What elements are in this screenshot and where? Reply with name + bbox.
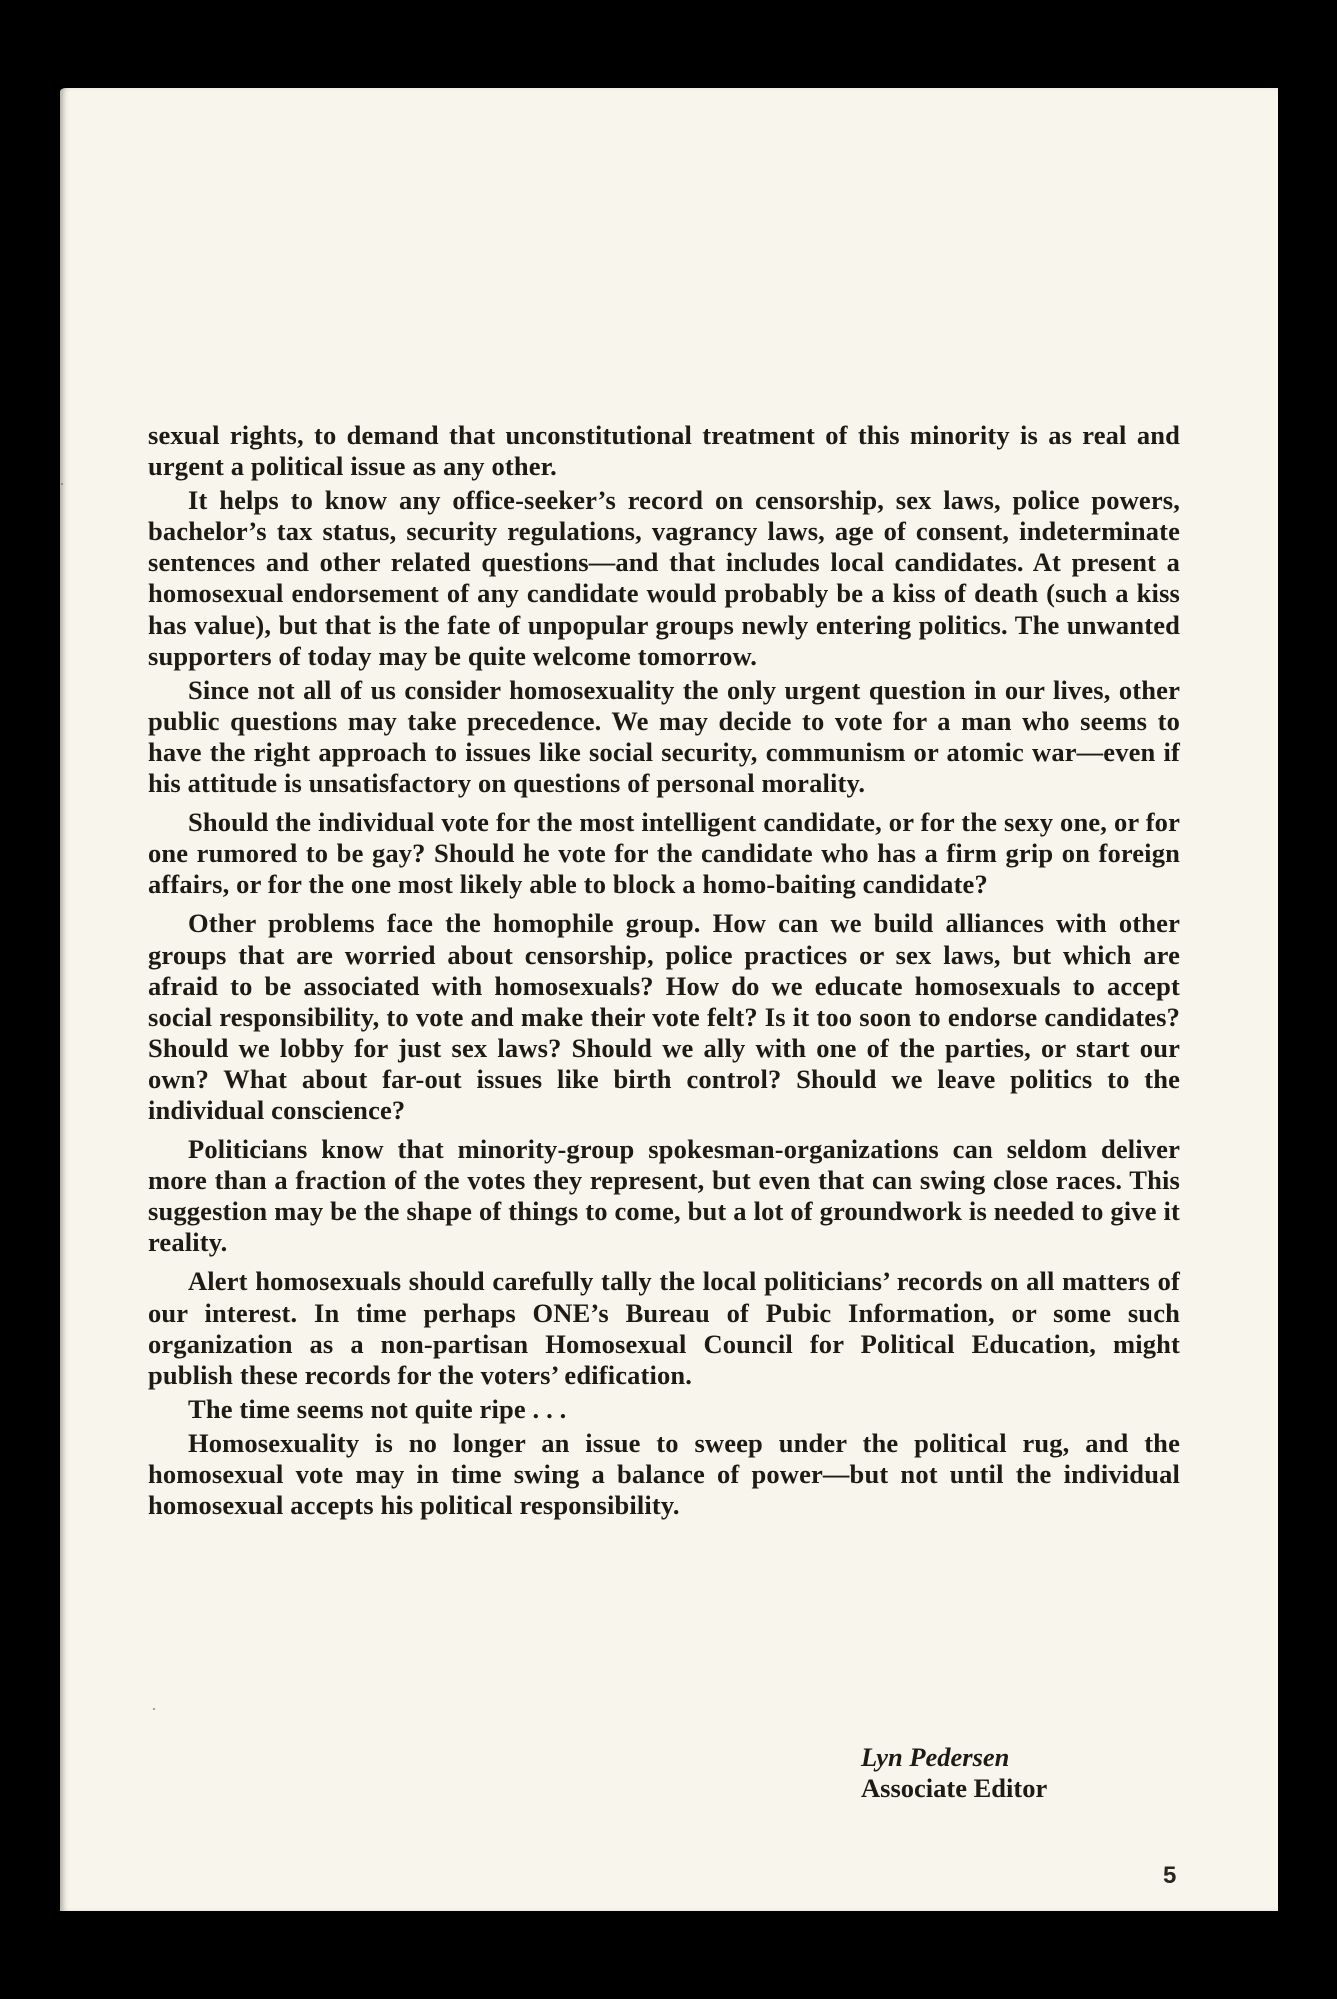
paper-speck: [61, 483, 63, 485]
paragraph-which-candidate: Should the individual vote for the most …: [148, 807, 1180, 900]
paragraph-alert-homosexuals: Alert homosexuals should carefully tally…: [148, 1266, 1180, 1390]
page-number: 5: [1163, 1862, 1176, 1890]
author-title: Associate Editor: [861, 1773, 1047, 1804]
paper-speck: [153, 1708, 155, 1710]
paragraph-time-not-ripe: The time seems not quite ripe . . .: [148, 1394, 1180, 1425]
paragraph-continuation: sexual rights, to demand that unconstitu…: [148, 420, 1180, 482]
paragraph-conclusion: Homosexuality is no longer an issue to s…: [148, 1428, 1180, 1521]
paragraph-office-seeker-record: It helps to know any office-seeker’s rec…: [148, 485, 1180, 672]
paragraph-politicians-know: Politicians know that minority-group spo…: [148, 1134, 1180, 1258]
author-name: Lyn Pedersen: [861, 1742, 1047, 1773]
paragraph-homophile-problems: Other problems face the homophile group.…: [148, 908, 1180, 1126]
paragraph-other-questions: Since not all of us consider homosexuali…: [148, 675, 1180, 799]
author-signature: Lyn Pedersen Associate Editor: [861, 1742, 1047, 1804]
article-body: sexual rights, to demand that unconstitu…: [148, 420, 1180, 1524]
